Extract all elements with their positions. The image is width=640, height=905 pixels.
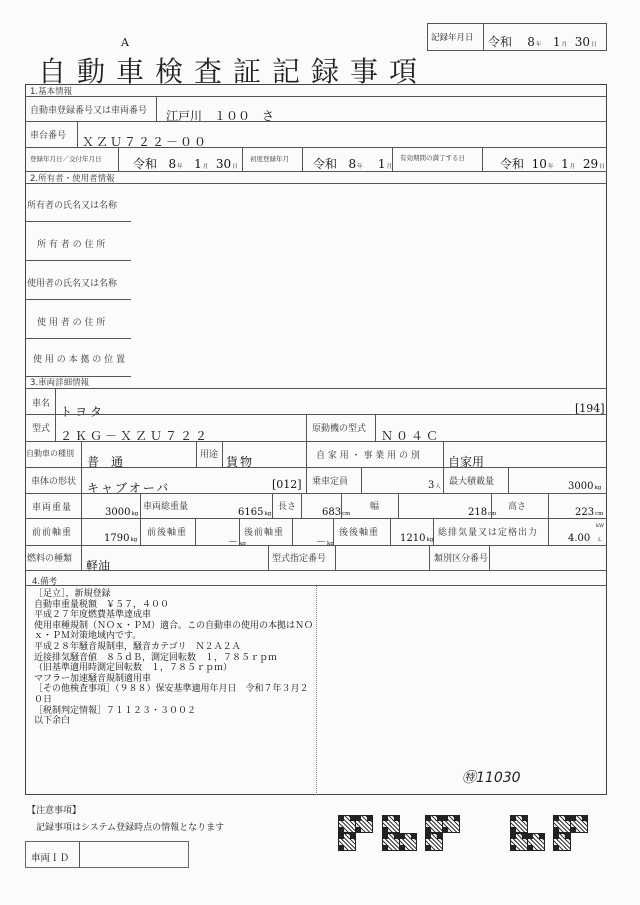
qr-code-icon <box>425 815 443 833</box>
capacity-value: 3人 <box>428 480 441 491</box>
capacity-label: 乗車定員 <box>312 474 348 487</box>
user-address-label: 使 用 者 の 住 所 <box>37 315 105 328</box>
vehicle-id-box: 車両ＩＤ <box>25 841 189 868</box>
fuel-type-label: 燃料の種類 <box>27 551 72 564</box>
qr-code-icon <box>527 833 545 851</box>
remarks-divider <box>316 586 317 795</box>
expiry-value: 令和 10年 1月 29日 <box>500 155 605 172</box>
expiry-label: 有効期間の満了する日 <box>400 153 465 162</box>
displacement-unit-kw: kW <box>596 523 604 529</box>
make-label: 車名 <box>32 396 50 409</box>
body-shape-code: [012] <box>272 478 302 491</box>
vehicle-id-label: 車両ＩＤ <box>31 850 69 864</box>
record-date-label: 記録年月日 <box>431 31 474 43</box>
remarks-line: 自動車重量税額 ￥５７，４００ <box>34 600 313 611</box>
category-number-label: 類別区分番号 <box>434 551 488 564</box>
owner-address-label: 所 有 者 の 住 所 <box>37 237 105 250</box>
remarks-line: ０日 <box>34 695 313 706</box>
remarks-line: 平成２７年度燃費基準達成車 <box>34 610 313 621</box>
qr-code-icon <box>553 833 571 851</box>
ff-axle-label: 前前軸重 <box>32 525 72 538</box>
qr-code-icon <box>510 815 528 833</box>
remarks-line: 平成２８年騒音規制車，騒音カテゴリ Ｎ２Ａ２Ａ <box>34 642 313 653</box>
qr-code-icon <box>338 833 356 851</box>
fr-axle-label: 前後軸重 <box>147 525 187 538</box>
remarks-line: ［その他検査事項］（９８８）保安基準適用年月日 令和７年３月２ <box>34 684 313 695</box>
owner-name-label: 所有者の氏名又は名称 <box>27 198 117 211</box>
qr-code-icon <box>570 815 588 833</box>
qr-code-icon <box>382 833 400 851</box>
type-designation-label: 型式指定番号 <box>272 551 326 564</box>
rr-axle-value: 1210kg <box>400 533 433 544</box>
notice-text: 記録事項はシステム登録時点の情報となります <box>36 820 224 833</box>
vehicle-weight-label: 車両重量 <box>32 500 72 513</box>
reg-date-label: 登録年月日／交付年月日 <box>30 154 102 163</box>
qr-code-icon <box>553 815 571 833</box>
fuel-type-value: 軽油 <box>86 557 110 574</box>
remarks-line: ［税制判定情報］７１１２３・３００２ <box>34 706 313 717</box>
displacement-value: 4.00 <box>568 533 590 544</box>
vehicle-weight-value: 3000kg <box>105 507 138 518</box>
notice-title: 【注意事項】 <box>27 803 81 816</box>
section-vehicle-title: 3.車両詳細情報 <box>30 376 89 388</box>
displacement-label: 総排気量又は定格出力 <box>438 525 538 538</box>
width-value: 218cm <box>468 507 496 518</box>
remarks-line: 使用車種規制（ＮＯｘ・ＰＭ）適合。この自動車の使用の本拠はＮＯ <box>34 621 313 632</box>
make-value: トヨタ <box>60 403 105 420</box>
reg-date-value: 令和 8年 1月 30日 <box>133 155 238 172</box>
remarks-line: 以下余白 <box>34 716 313 727</box>
use-label: 用途 <box>200 447 218 460</box>
length-label: 長さ <box>278 499 296 512</box>
reg-number-label: 自動車登録番号又は車両番号 <box>30 103 147 116</box>
qr-code-icon <box>442 815 460 833</box>
gross-weight-label: 車両総重量 <box>143 499 188 512</box>
vehicle-kind-label: 自動車の種別 <box>26 448 74 459</box>
private-business-label: 自 家 用 ・ 事 業 用 の 別 <box>316 448 420 461</box>
chassis-number-label: 車台番号 <box>30 128 66 141</box>
model-label: 型式 <box>32 421 50 434</box>
displacement-unit-l: L <box>598 537 601 543</box>
first-reg-value: 令和 8年 1月 <box>313 155 392 172</box>
qr-code-icon <box>399 833 417 851</box>
body-shape-label: 車体の形状 <box>31 474 76 487</box>
length-value: 683cm <box>322 507 350 518</box>
rr-axle-label: 後後軸重 <box>339 525 379 538</box>
qr-code-icon <box>338 815 356 833</box>
remarks-line: ［足立］，新規登録 <box>34 589 313 600</box>
engine-model-label: 原動機の型式 <box>312 421 366 434</box>
height-value: 223cm <box>575 507 603 518</box>
first-reg-label: 初度登録年月 <box>250 154 289 163</box>
remarks-line: 近接排気騒音値 ８５ｄＢ，測定回転数 １，７８５ｒｐｍ <box>34 653 313 664</box>
height-label: 高さ <box>508 499 526 512</box>
max-load-label: 最大積載量 <box>449 474 494 487</box>
gross-weight-value: 6165kg <box>238 507 271 518</box>
record-date-value: 令和 8年 1月 30日 <box>488 33 596 50</box>
remarks-line: ｘ・ＰＭ対策地域内です。 <box>34 631 313 642</box>
ff-axle-value: 1790kg <box>104 533 137 544</box>
width-label: 幅 <box>370 499 379 512</box>
base-location-label: 使 用 の 本 拠 の 位 置 <box>33 352 125 365</box>
remarks-line: （旧基準適用時測定回転数 １，７８５ｒｐｍ） <box>34 663 313 674</box>
record-date-box: 記録年月日 令和 8年 1月 30日 <box>427 23 607 51</box>
remarks-text: ［足立］，新規登録自動車重量税額 ￥５７，４００平成２７年度燃費基準達成車使用車… <box>34 589 313 727</box>
user-name-label: 使用者の氏名又は名称 <box>27 276 117 289</box>
qr-code-icon <box>510 833 528 851</box>
rf-axle-label: 後前軸重 <box>244 525 284 538</box>
max-load-value: 3000kg <box>568 481 601 492</box>
handwritten-note: ㊕11030 <box>462 767 521 787</box>
qr-code-icon <box>355 815 373 833</box>
qr-code-icon <box>382 815 400 833</box>
remarks-line: マフラー加速騒音規制適用車 <box>34 674 313 685</box>
form-mark: A <box>121 36 129 49</box>
qr-code-icon <box>425 833 443 851</box>
